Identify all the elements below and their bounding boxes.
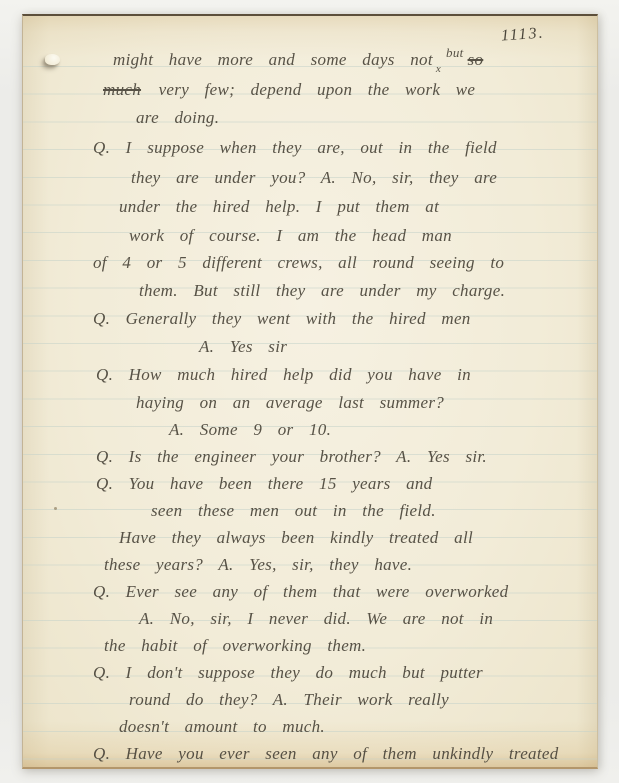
text-segment: doesn't amount to much. [119,717,325,736]
text-segment: Q. How much hired help did you have in [96,365,471,384]
text-segment: under the hired help. I put them at [119,197,439,216]
text-segment: Q. Is the engineer your brother? A. Yes … [96,447,487,466]
text-segment: them. But still they are under my charge… [139,281,505,300]
manuscript-line: are doing. [136,108,219,128]
manuscript-line: might have more and some days notxbutso [113,50,485,72]
text-segment: A. Some 9 or 10. [169,420,331,439]
struck-out-word: so [468,50,484,69]
manuscript-line: under the hired help. I put them at [119,197,439,217]
manuscript-line: Q. Generally they went with the hired me… [93,309,471,329]
text-segment: the habit of overworking them. [104,636,366,655]
text-segment: A. Yes sir [199,337,287,356]
manuscript-line: them. But still they are under my charge… [139,281,505,301]
text-segment: haying on an average last summer? [136,393,444,412]
manuscript-line: seen these men out in the field. [151,501,436,521]
text-segment: Q. Generally they went with the hired me… [93,309,471,328]
manuscript-line: A. Some 9 or 10. [169,420,331,440]
text-segment: are doing. [136,108,219,127]
manuscript-line: they are under you? A. No, sir, they are [131,168,497,188]
manuscript-line: A. No, sir, I never did. We are not in [139,609,493,629]
manuscript-page: 1113. might have more and some days notx… [22,14,598,769]
caret-mark: x [436,59,441,79]
manuscript-line: Q. I don't suppose they do much but putt… [93,663,483,683]
manuscript-line: haying on an average last summer? [136,393,444,413]
manuscript-line: much very few; depend upon the work we [101,80,475,100]
manuscript-line: Q. You have been there 15 years and [96,474,432,494]
manuscript-line: the habit of overworking them. [104,636,366,656]
manuscript-line: doesn't amount to much. [119,717,325,737]
text-segment: Q. I suppose when they are, out in the f… [93,138,497,157]
inserted-word-above: but [446,43,464,63]
text-segment: Q. I don't suppose they do much but putt… [93,663,483,682]
manuscript-line: these years? A. Yes, sir, they have. [104,555,412,575]
manuscript-line: Have they always been kindly treated all [119,528,473,548]
text-segment: Have they always been kindly treated all [119,528,473,547]
text-segment: of 4 or 5 different crews, all round see… [93,253,504,272]
text-segment: round do they? A. Their work really [129,690,449,709]
manuscript-line: Q. Have you ever seen any of them unkind… [93,744,559,764]
text-segment: very few; depend upon the work we [143,80,475,99]
manuscript-line: Q. Is the engineer your brother? A. Yes … [96,447,487,467]
text-segment: A. No, sir, I never did. We are not in [139,609,493,628]
manuscript-line: Q. How much hired help did you have in [96,365,471,385]
text-segment: they are under you? A. No, sir, they are [131,168,497,187]
manuscript-line: round do they? A. Their work really [129,690,449,710]
text-segment: work of course. I am the head man [129,226,452,245]
text-segment: Q. Ever see any of them that were overwo… [93,582,508,601]
text-segment: might have more and some days not [113,50,433,69]
text-segment: Q. You have been there 15 years and [96,474,432,493]
manuscript-line: A. Yes sir [199,337,287,357]
struck-out-word: much [103,80,141,99]
text-segment: these years? A. Yes, sir, they have. [104,555,412,574]
manuscript-line: Q. I suppose when they are, out in the f… [93,138,497,158]
text-segment: seen these men out in the field. [151,501,436,520]
manuscript-line: Q. Ever see any of them that were overwo… [93,582,508,602]
scanned-manuscript-screenshot: { "page": { "number": "1113." }, "colors… [0,0,619,783]
manuscript-line: of 4 or 5 different crews, all round see… [93,253,504,273]
manuscript-line: work of course. I am the head man [129,226,452,246]
text-segment: Q. Have you ever seen any of them unkind… [93,744,559,763]
handwritten-text-block: might have more and some days notxbutsom… [23,16,597,767]
